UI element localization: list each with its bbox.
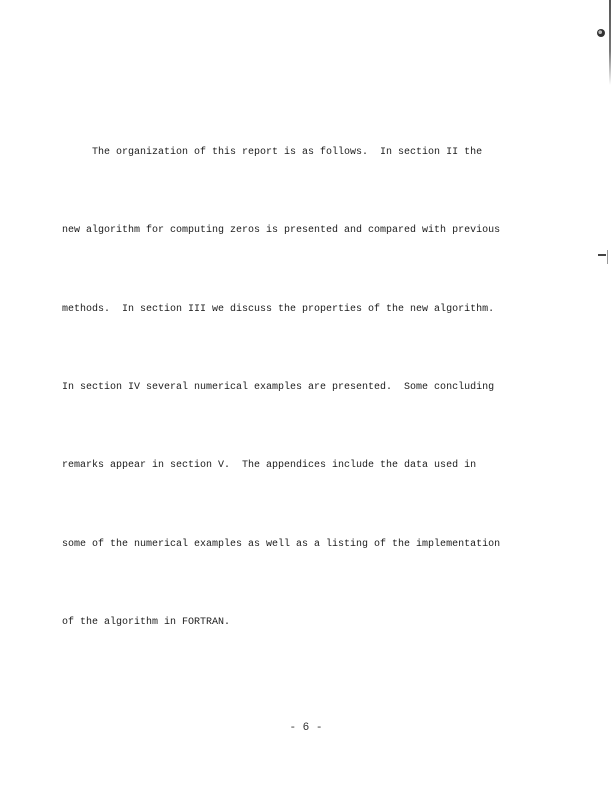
punch-hole-icon — [597, 29, 605, 37]
paragraph-line: of the algorithm in FORTRAN. — [62, 610, 522, 636]
page-number: - 6 - — [0, 722, 612, 734]
scan-edge-artifact — [609, 0, 611, 85]
paragraph-line: some of the numerical examples as well a… — [62, 532, 522, 558]
paragraph-line: methods. In section III we discuss the p… — [62, 297, 522, 323]
document-page: The organization of this report is as fo… — [0, 0, 612, 791]
paragraph-line: The organization of this report is as fo… — [62, 140, 522, 166]
body-paragraph: The organization of this report is as fo… — [62, 88, 522, 688]
paragraph-line: In section IV several numerical examples… — [62, 375, 522, 401]
scan-mark — [607, 250, 608, 264]
scan-mark — [598, 254, 606, 256]
paragraph-line: remarks appear in section V. The appendi… — [62, 453, 522, 479]
paragraph-line: new algorithm for computing zeros is pre… — [62, 218, 522, 244]
